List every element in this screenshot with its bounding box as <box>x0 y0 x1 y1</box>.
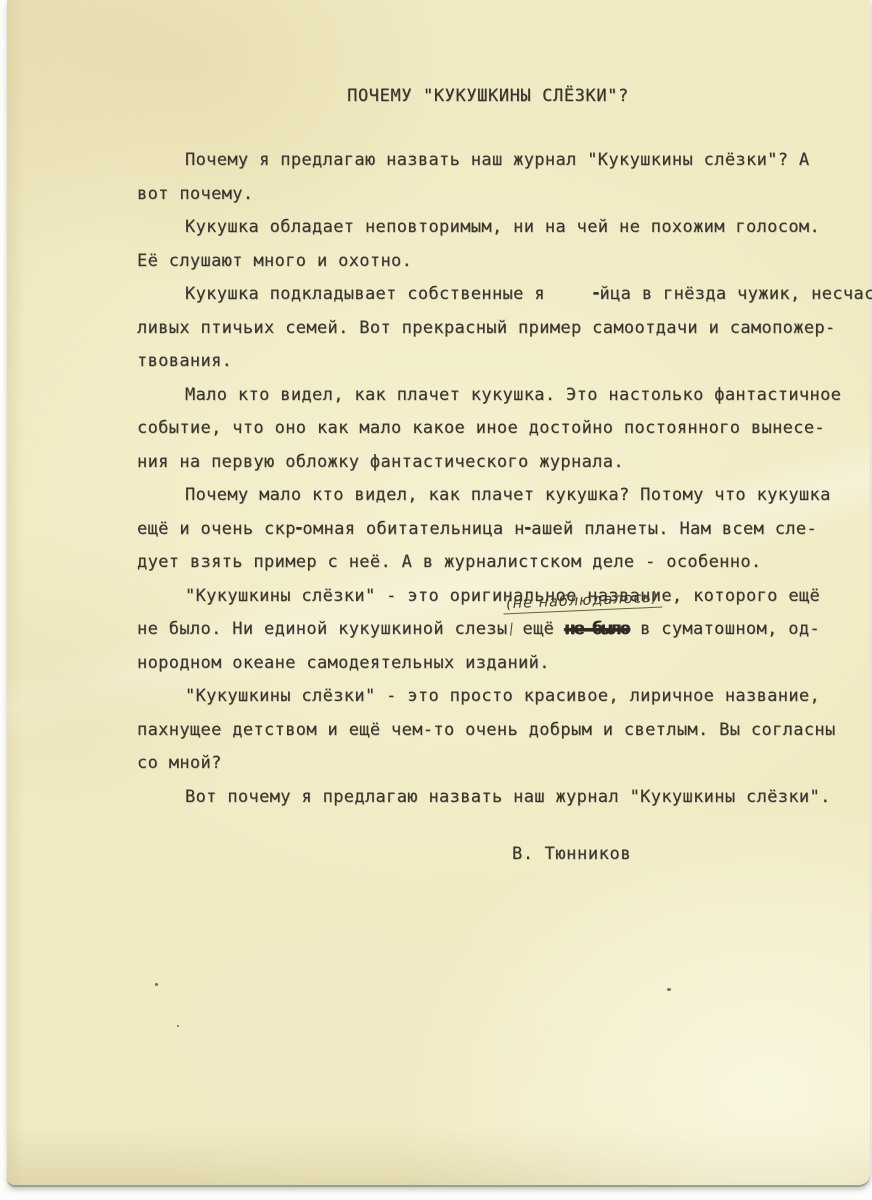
typewritten-text: дует взять пример с неё. А в журналистск… <box>137 552 762 572</box>
typewritten-text: Вот почему я предлагаю назвать наш журна… <box>185 787 831 807</box>
document-body: Почему я предлагаю назвать наш журнал "К… <box>137 144 847 814</box>
typewritten-line: дует взять пример с неё. А в журналистск… <box>137 546 847 580</box>
typewritten-line: ливых птичьих семей. Вот прекрасный прим… <box>137 312 847 346</box>
typewritten-line: "Кукушкины слёзки" - это оригинальное на… <box>137 580 847 614</box>
typewritten-text: ния на первую обложку фантастического жу… <box>137 452 624 472</box>
typewritten-text: событие, что оно как мало какое иное дос… <box>137 418 825 438</box>
typewritten-text: ашей планеты. Нам всем сле- <box>531 519 817 539</box>
typewritten-line: событие, что оно как мало какое иное дос… <box>137 412 847 446</box>
document-title: ПОЧЕМУ "КУКУШКИНЫ СЛЁЗКИ"? <box>137 86 839 106</box>
typewritten-line: пахнущее детством и ещё чем-то очень доб… <box>137 714 847 748</box>
typewritten-text: нородном океане самодеятельных изданий. <box>137 653 550 673</box>
typewritten-line: ещё и очень скр-омная обитательница н-аш… <box>137 513 847 547</box>
typewritten-line: ния на первую обложку фантастического жу… <box>137 446 847 480</box>
typewritten-text: со мной? <box>137 753 222 773</box>
typewritten-line: Кукушка обладает неповторимым, ни на чей… <box>137 211 847 245</box>
typewritten-line: со мной? <box>137 747 847 781</box>
typewritten-line: Кукушка подкладывает собственные я-йца в… <box>137 278 847 312</box>
typewritten-text: твования. <box>137 351 232 371</box>
ink-speck <box>177 1025 179 1027</box>
typewritten-text: в суматошном, од- <box>629 619 820 639</box>
typewritten-text: йца в гнёзда чужик, несчаст- <box>599 284 872 304</box>
strikeover-mark: - <box>294 512 305 546</box>
overstruck-text: не было <box>565 619 630 639</box>
typewritten-text: Её слушают много и охотно. <box>137 251 412 271</box>
typewritten-text: Мало кто видел, как плачет кукушка. Это … <box>185 385 841 405</box>
typewritten-line: не было. Ни единой кукушкиной слезыещё н… <box>137 613 847 647</box>
typewritten-line: Почему мало кто видел, как плачет кукушк… <box>137 479 847 513</box>
typewritten-text: пахнущее детством и ещё чем-то очень доб… <box>137 720 836 740</box>
typewritten-line: Вот почему я предлагаю назвать наш журна… <box>137 781 847 815</box>
scan-background: ПОЧЕМУ "КУКУШКИНЫ СЛЁЗКИ"? Почему я пред… <box>0 0 872 1200</box>
strikeover-mark: - <box>543 277 602 311</box>
typewritten-line: "Кукушкины слёзки" - это просто красивое… <box>137 680 847 714</box>
typewritten-text: ливых птичьих семей. Вот прекрасный прим… <box>137 318 836 338</box>
typewritten-text: вот почему. <box>137 184 253 204</box>
typewritten-line: вот почему. <box>137 178 847 212</box>
typewritten-text: ещё и очень скр <box>137 519 296 539</box>
typewritten-text: Кукушка подкладывает собственные я <box>185 284 545 304</box>
ink-speck <box>667 988 671 991</box>
signature: В. Тюнников <box>512 844 870 864</box>
typewritten-text: омная обитательница н <box>302 519 524 539</box>
typewritten-text: ещё <box>522 619 564 639</box>
typewritten-line: твования. <box>137 345 847 379</box>
ink-speck <box>155 983 158 986</box>
typewritten-line: Её слушают много и охотно. <box>137 245 847 279</box>
typewritten-line: Мало кто видел, как плачет кукушка. Это … <box>137 379 847 413</box>
typewritten-line: Почему я предлагаю назвать наш журнал "К… <box>137 144 847 178</box>
typewritten-text: "Кукушкины слёзки" - это просто красивое… <box>185 686 820 706</box>
strikeover-mark: - <box>523 512 534 546</box>
insertion-caret <box>511 623 521 637</box>
typewritten-text: Кукушка обладает неповторимым, ни на чей… <box>185 217 820 237</box>
paper-sheet: ПОЧЕМУ "КУКУШКИНЫ СЛЁЗКИ"? Почему я пред… <box>7 0 870 1187</box>
typewritten-line: нородном океане самодеятельных изданий. <box>137 647 847 681</box>
typewritten-text: не было. Ни единой кукушкиной слезы <box>137 619 507 639</box>
typewritten-text: Почему мало кто видел, как плачет кукушк… <box>185 485 831 505</box>
typewritten-text: Почему я предлагаю назвать наш журнал "К… <box>185 150 810 170</box>
